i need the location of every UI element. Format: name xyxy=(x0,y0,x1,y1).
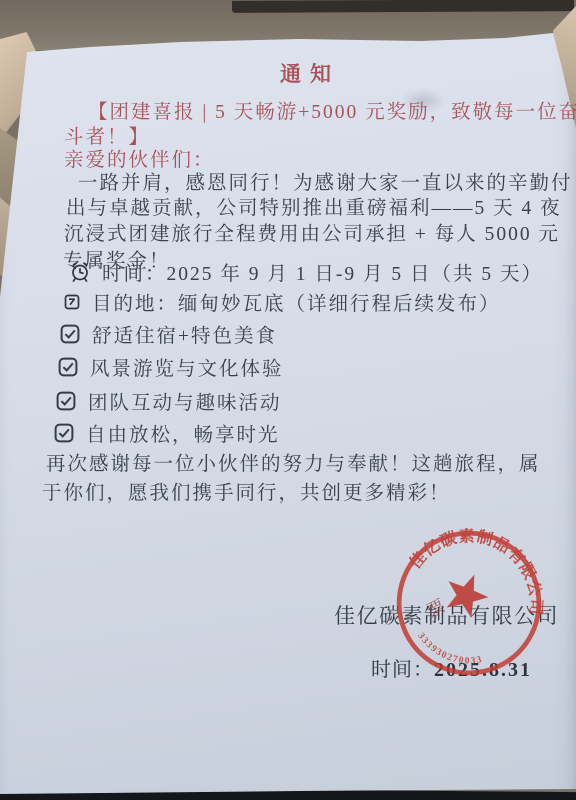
headline-line-1: 【团建喜报 | 5 天畅游+5000 元奖励，致敬每一位奋 xyxy=(88,96,576,124)
checkbox-checked-icon xyxy=(60,324,80,344)
time-value: 2025 年 9 月 1 日-9 月 5 日（共 5 天） xyxy=(167,264,544,285)
checklist-label: 风景游览与文化体验 xyxy=(90,353,284,381)
checklist-item: 团队互动与趣味活动 xyxy=(56,387,282,415)
checkbox-checked-icon xyxy=(54,423,74,443)
checklist-label: 团队互动与趣味活动 xyxy=(88,387,282,415)
photo-of-notice: 通知 【团建喜报 | 5 天畅游+5000 元奖励，致敬每一位奋 斗者！】 亲爱… xyxy=(0,0,576,800)
intro-line-1: 一路并肩，感恩同行！为感谢大家一直以来的辛勤付 xyxy=(78,167,573,195)
alarm-clock-icon xyxy=(70,261,90,283)
checkbox-checked-icon xyxy=(56,391,76,411)
checklist-item: 自由放松，畅享时光 xyxy=(54,419,280,447)
destination-row: 目的地：缅甸妙瓦底（详细行程后续发布） xyxy=(64,288,501,316)
destination-label: 目的地： xyxy=(92,294,178,315)
intro-line-2: 出与卓越贡献，公司特别推出重磅福利——5 天 4 夜 xyxy=(66,192,562,220)
destination-value: 缅甸妙瓦底（详细行程后续发布） xyxy=(178,294,501,315)
checklist-item: 舒适住宿+特色美食 xyxy=(60,320,277,348)
intro-line-3: 沉浸式团建旅行全程费用由公司承担 + 每人 5000 元 xyxy=(64,218,560,246)
checklist-item: 风景游览与文化体验 xyxy=(58,353,284,381)
notice-title: 通知 xyxy=(240,58,380,88)
checklist-label: 自由放松，畅享时光 xyxy=(86,419,280,447)
checkbox-checked-icon xyxy=(58,357,78,377)
location-icon xyxy=(64,294,80,310)
dark-object-top xyxy=(232,0,574,13)
stamp-inner-glyph: 票 xyxy=(423,596,448,622)
time-row: 时间：2025 年 9 月 1 日-9 月 5 日（共 5 天） xyxy=(70,258,543,286)
closing-line-1: 再次感谢每一位小伙伴的努力与奉献！这趟旅程，属 xyxy=(46,448,541,476)
time-label: 时间： xyxy=(102,264,167,285)
checklist-label: 舒适住宿+特色美食 xyxy=(92,320,277,348)
closing-line-2: 于你们，愿我们携手同行，共创更多精彩！ xyxy=(42,477,451,505)
